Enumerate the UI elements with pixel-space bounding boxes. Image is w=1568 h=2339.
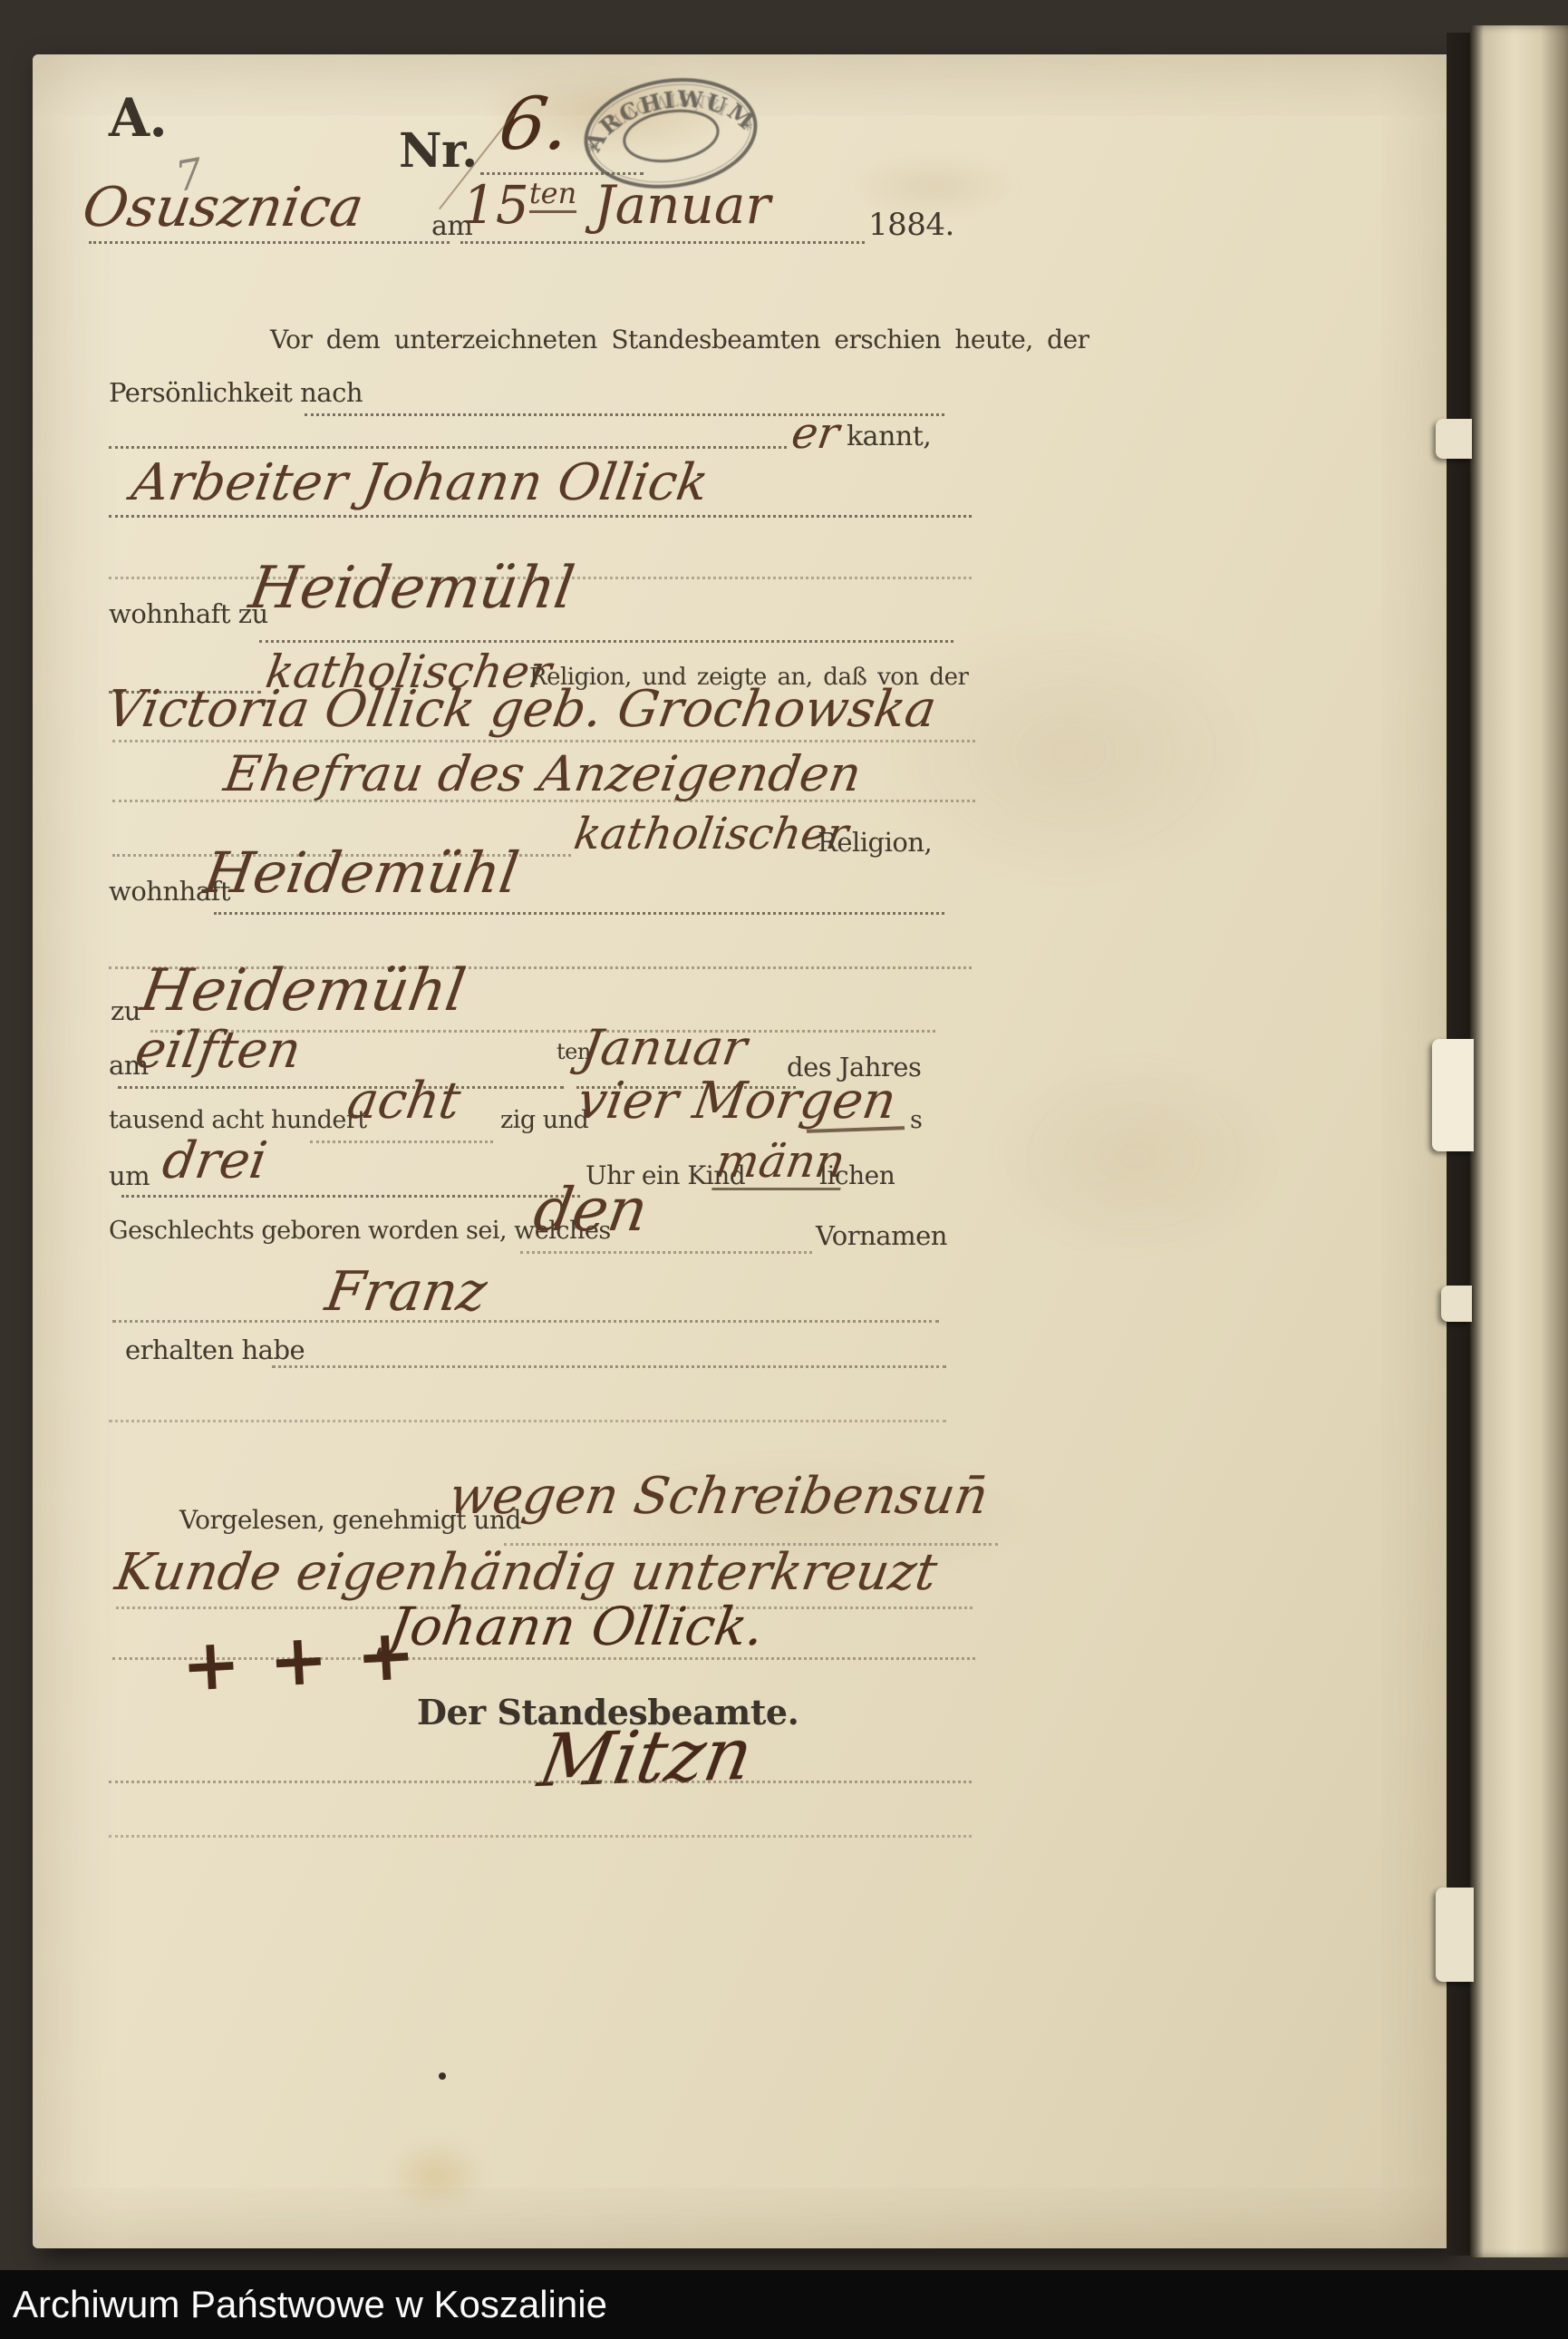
closing-hand2: Kunde eigenhändig unterkreuzt — [111, 1543, 941, 1602]
residence1-value: Heidemühl — [245, 555, 578, 622]
paper-stain — [984, 1052, 1283, 1260]
birthtime-printed2: lichen — [819, 1160, 895, 1190]
document-sheet: A. 7 Nr. 6. ARCHIWUM PAŃSTWOWE ✳ — [33, 54, 1452, 2248]
birthtime-um-label: um — [109, 1160, 150, 1191]
dotted-rule — [118, 1086, 564, 1089]
dotted-rule — [109, 1420, 946, 1422]
torn-paper-tab — [1436, 1888, 1474, 1982]
ink-dot — [439, 2072, 446, 2080]
corner-letter: A. — [109, 87, 167, 149]
vorname-article: den — [529, 1175, 653, 1245]
residence1-label: wohnhaft zu — [109, 598, 268, 629]
torn-paper-tab — [1441, 1286, 1472, 1322]
dotted-rule — [109, 515, 972, 518]
dotted-rule — [214, 912, 944, 915]
paper-stain — [386, 2140, 486, 2212]
dotted-rule — [112, 800, 975, 802]
declarant-name: Arbeiter Johann Ollick — [128, 453, 712, 512]
child-firstname: Franz — [321, 1260, 490, 1324]
dotted-rule — [520, 1251, 812, 1254]
svg-text:ARCHIWUM: ARCHIWUM — [575, 74, 762, 159]
dotted-rule — [109, 1781, 972, 1783]
birthyear-printed1: tausend acht hundert — [109, 1106, 367, 1134]
dotted-rule — [305, 413, 944, 416]
birthyear-hand1: acht — [344, 1072, 465, 1131]
intro-line: Vor dem unterzeichneten Standesbeamten e… — [270, 325, 1089, 354]
religion2-printed: Religion, — [818, 827, 932, 858]
archive-caption: Archiwum Państwowe w Koszalinie — [13, 2283, 607, 2326]
vornamen-label: Vornamen — [816, 1220, 947, 1251]
star-icon: ✳ — [586, 138, 600, 157]
dotted-rule — [109, 1835, 972, 1838]
identity-label: Persönlichkeit nach — [109, 377, 363, 408]
adjacent-page-edge — [1470, 25, 1568, 2257]
archive-caption-bar: Archiwum Państwowe w Koszalinie — [0, 2270, 1568, 2339]
residence2-value: Heidemühl — [199, 840, 523, 906]
birthdate-day: eilften — [131, 1021, 305, 1080]
dotted-rule — [460, 241, 865, 244]
declarant-signature: Johann Ollick. — [385, 1596, 769, 1657]
stamp-text-top: ARCHIWUM — [575, 74, 762, 159]
religion2-hand: katholischer — [571, 809, 852, 859]
dotted-rule — [89, 241, 450, 244]
torn-paper-tab — [1436, 419, 1472, 459]
printed-year: 1884. — [868, 207, 954, 243]
birthyear-hand2: vier Morgen — [574, 1072, 900, 1131]
birthdate-month: Januar — [577, 1019, 750, 1076]
dotted-rule — [112, 740, 975, 742]
record-day-suffix: ten — [529, 176, 576, 213]
dotted-rule — [310, 1140, 493, 1143]
place-name: Osusznica — [78, 176, 367, 239]
dotted-rule — [121, 1195, 580, 1198]
record-month: Januar — [594, 174, 770, 236]
birthplace-value: Heidemühl — [136, 957, 469, 1024]
mother-role: Ehefrau des Anzeigenden — [220, 745, 866, 802]
dotted-rule — [112, 1320, 939, 1323]
identity-hand: er — [789, 408, 843, 459]
birthyear-printed3: s — [910, 1106, 922, 1134]
record-date: 15ten Januar — [462, 174, 770, 236]
handmark-crosses: + + + — [179, 1613, 420, 1708]
scanned-record-page: A. 7 Nr. 6. ARCHIWUM PAŃSTWOWE ✳ — [0, 0, 1568, 2339]
star-icon: ✳ — [740, 116, 754, 135]
dotted-rule — [259, 640, 953, 643]
record-day: 15 — [462, 174, 529, 236]
dotted-rule — [272, 1365, 946, 1368]
torn-paper-tab — [1432, 1039, 1474, 1151]
mother-name: Victoria Ollick geb. Grochowska — [102, 680, 941, 739]
birthtime-hour: drei — [159, 1131, 271, 1190]
paper-stain — [876, 616, 1265, 888]
closing-hand1: wegen Schreibensun̄ — [445, 1467, 992, 1526]
registrar-signature: Mitzn — [533, 1712, 760, 1804]
dotted-rule — [109, 446, 787, 449]
identity-printed: kannt, — [847, 421, 931, 452]
received-label: erhalten habe — [125, 1334, 305, 1365]
record-number-label: Nr. — [399, 123, 478, 179]
